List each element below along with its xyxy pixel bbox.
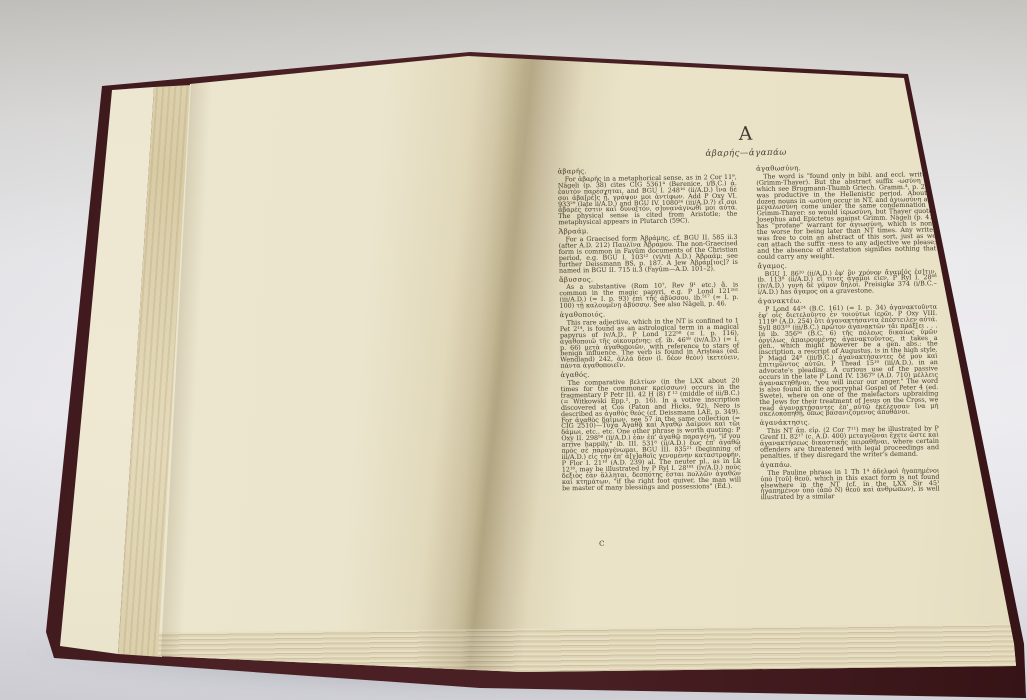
entry-body: BGU I. 86²⁰ (ii/A.D.) ἐφ' ὃν χρόνον ἄγαμ… <box>758 269 937 296</box>
dictionary-entry: ἀγαπάω.The Pauline phrase in 1 Th 1⁴ ἀδε… <box>760 461 940 501</box>
printed-page: A ἀβαρής—ἀγαπάω ἀβαρής.For ἀβαρής in a m… <box>557 121 941 575</box>
entry-body: As a substantive (Rom 10⁷, Rev 9¹ etc.) … <box>559 282 738 309</box>
book-photo: A ἀβαρής—ἀγαπάω ἀβαρής.For ἀβαρής in a m… <box>0 0 1027 700</box>
entry-body: For ἀβαρής in a metaphorical sense, as i… <box>558 174 738 226</box>
column-rule <box>746 167 751 501</box>
dictionary-entry: Ἀβραάμ.For a Graecised form Ἀβράμης, cf.… <box>558 227 738 273</box>
running-head: ἀβαρής—ἀγαπάω <box>557 145 935 160</box>
dictionary-entry: ἀγανάκτησις.This NT ἅπ. εἰρ. (2 Cor 7¹¹)… <box>760 419 940 459</box>
dictionary-entry: ἀγαθωσύνη.The word is "found only in bib… <box>756 164 936 260</box>
entry-body: This NT ἅπ. εἰρ. (2 Cor 7¹¹) may be illu… <box>760 426 939 459</box>
section-letter: A <box>557 121 935 147</box>
dictionary-entry: ἀγανακτέω.P Lond 44²⁴ (B.C. 161) (= I. p… <box>758 297 939 417</box>
left-column: ἀβαρής.For ἀβαρής in a metaphorical sens… <box>558 167 742 503</box>
entry-body: The comparative βελτίων (in the LXX abou… <box>561 378 742 491</box>
entry-body: For a Graecised form Ἀβράμης, cf. BGU II… <box>559 234 739 273</box>
entry-body: This rare adjective, which in the NT is … <box>560 318 740 370</box>
dictionary-entry: ἀγαθός.The comparative βελτίων (in the L… <box>560 371 741 491</box>
signature-mark: C <box>585 540 619 548</box>
dictionary-entry: ἄβυσσος.As a substantive (Rom 10⁷, Rev 9… <box>559 275 738 309</box>
text-columns: ἀβαρής.For ἀβαρής in a metaphorical sens… <box>558 164 940 503</box>
right-column: ἀγαθωσύνη.The word is "found only in bib… <box>756 164 940 500</box>
entry-body: The word is "found only in bibl. and ecc… <box>756 171 936 260</box>
entry-body: The Pauline phrase in 1 Th 1⁴ ἀδελφοὶ ἠγ… <box>760 468 939 501</box>
dictionary-entry: ἄγαμος.BGU I. 86²⁰ (ii/A.D.) ἐφ' ὃν χρόν… <box>757 262 936 296</box>
dictionary-entry: ἀβαρής.For ἀβαρής in a metaphorical sens… <box>558 167 738 226</box>
dictionary-entry: ἀγαθοποιός.This rare adjective, which in… <box>560 311 740 370</box>
entry-body: P Lond 44²⁴ (B.C. 161) (= I. p. 34) ἀγαν… <box>758 304 939 417</box>
